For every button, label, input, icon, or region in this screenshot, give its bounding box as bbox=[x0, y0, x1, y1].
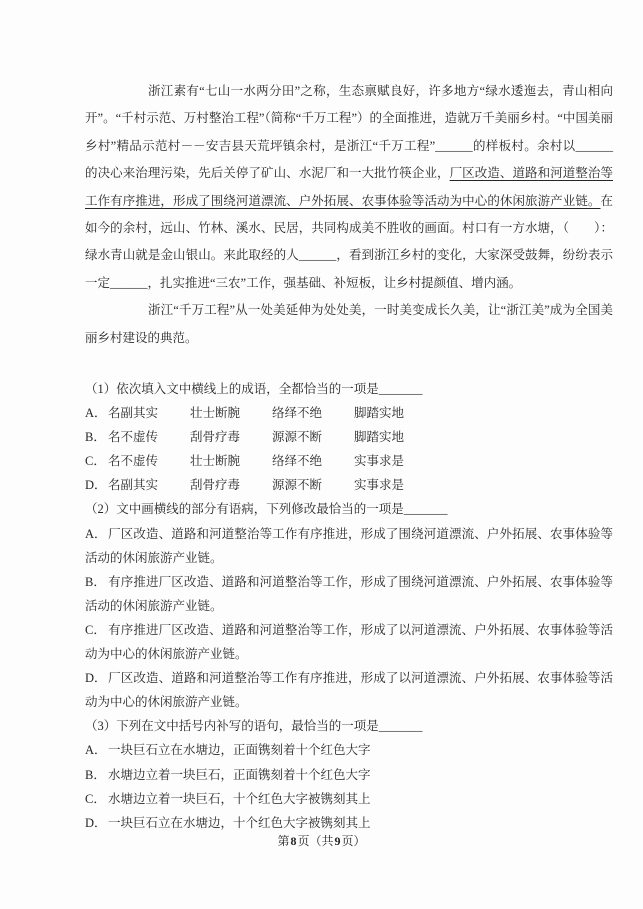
option-label: A． bbox=[85, 522, 108, 546]
footer-text: 页） bbox=[342, 834, 366, 848]
exam-page: 浙江素有“七山一水两分田”之称，生态禀赋良好，许多地方“绿水逶迤去，青山相向开”… bbox=[0, 0, 643, 909]
passage-paragraph-1: 浙江素有“七山一水两分田”之称，生态禀赋良好，许多地方“绿水逶迤去，青山相向开”… bbox=[85, 78, 613, 297]
option-text: 有序推进厂区改造、道路和河道整治等工作，形成了以河道漂流、户外拓展、农事体验等活… bbox=[85, 623, 613, 661]
idiom-item: 名不虚传 bbox=[108, 449, 190, 473]
idiom-item: 脚踏实地 bbox=[354, 425, 404, 449]
idiom-item: 脚踏实地 bbox=[354, 401, 404, 425]
option-text: 厂区改造、道路和河道整治等工作有序推进，形成了围绕河道漂流、户外拓展、农事体验等… bbox=[85, 527, 613, 565]
option-label: D． bbox=[85, 473, 108, 497]
option-text: 水塘边立着一块巨石，十个红色大字被镌刻其上 bbox=[108, 792, 371, 806]
question-1-option-c: C．名不虚传壮士断腕络绎不绝实事求是 bbox=[85, 449, 613, 473]
question-2-stem: （2）文中画横线的部分有语病，下列修改最恰当的一项是_______ bbox=[85, 497, 613, 521]
passage-paragraph-2: 浙江“千万工程”从一处美延伸为处处美，一时美变成长久美，让“浙江美”成为全国美丽… bbox=[85, 297, 613, 352]
idiom-item: 络绎不绝 bbox=[272, 401, 354, 425]
option-label: C． bbox=[85, 618, 108, 642]
option-text: 水塘边立着一块巨石，正面镌刻着十个红色大字 bbox=[108, 768, 371, 782]
option-text: 一块巨石立在水塘边，正面镌刻着十个红色大字 bbox=[108, 743, 371, 757]
question-2-option-a: A．厂区改造、道路和河道整治等工作有序推进，形成了围绕河道漂流、户外拓展、农事体… bbox=[85, 522, 613, 570]
passage-text-after-underline: 在如今的余村，远山、竹林、溪水、民居，共同构成美不胜收的画面。村口有一方水塘，（… bbox=[85, 194, 613, 290]
question-1-option-d: D．名副其实刮骨疗毒源源不断实事求是 bbox=[85, 473, 613, 497]
idiom-item: 壮士断腕 bbox=[190, 449, 272, 473]
option-label: B． bbox=[85, 763, 108, 787]
question-2-option-c: C．有序推进厂区改造、道路和河道整治等工作，形成了以河道漂流、户外拓展、农事体验… bbox=[85, 618, 613, 666]
passage-section: 浙江素有“七山一水两分田”之称，生态禀赋良好，许多地方“绿水逶迤去，青山相向开”… bbox=[85, 78, 613, 352]
idiom-item: 实事求是 bbox=[354, 449, 404, 473]
option-label: A． bbox=[85, 738, 108, 762]
idiom-item: 刮骨疗毒 bbox=[190, 425, 272, 449]
idiom-item: 源源不断 bbox=[272, 473, 354, 497]
idiom-item: 名副其实 bbox=[108, 473, 190, 497]
question-3-option-b: B．水塘边立着一块巨石，正面镌刻着十个红色大字 bbox=[85, 763, 613, 787]
question-3-stem: （3）下列在文中括号内补写的语句，最恰当的一项是_______ bbox=[85, 714, 613, 738]
question-3-option-a: A．一块巨石立在水塘边，正面镌刻着十个红色大字 bbox=[85, 738, 613, 762]
option-text: 有序推进厂区改造、道路和河道整治等工作，形成了围绕河道漂流、户外拓展、农事体验等… bbox=[85, 575, 613, 613]
question-2-option-b: B．有序推进厂区改造、道路和河道整治等工作，形成了围绕河道漂流、户外拓展、农事体… bbox=[85, 570, 613, 618]
option-text: 厂区改造、道路和河道整治等工作有序推进，形成了以河道漂流、户外拓展、农事体验等活… bbox=[85, 671, 613, 709]
option-label: C． bbox=[85, 449, 108, 473]
questions-section: （1）依次填入文中横线上的成语，全都恰当的一项是_______ A．名副其实壮士… bbox=[85, 377, 613, 835]
footer-text: 第 bbox=[277, 834, 289, 848]
option-label: D． bbox=[85, 666, 108, 690]
idiom-item: 壮士断腕 bbox=[190, 401, 272, 425]
option-label: B． bbox=[85, 425, 108, 449]
option-text: 一块巨石立在水塘边，十个红色大字被镌刻其上 bbox=[108, 816, 371, 830]
question-1-option-a: A．名副其实壮士断腕络绎不绝脚踏实地 bbox=[85, 401, 613, 425]
footer-total-pages: 9 bbox=[334, 834, 342, 848]
option-label: C． bbox=[85, 787, 108, 811]
question-1-option-b: B．名不虚传刮骨疗毒源源不断脚踏实地 bbox=[85, 425, 613, 449]
idiom-item: 名不虚传 bbox=[108, 425, 190, 449]
question-3-option-c: C．水塘边立着一块巨石，十个红色大字被镌刻其上 bbox=[85, 787, 613, 811]
question-1-stem: （1）依次填入文中横线上的成语，全都恰当的一项是_______ bbox=[85, 377, 613, 401]
idiom-item: 名副其实 bbox=[108, 401, 190, 425]
page-footer: 第8页（共9页） bbox=[0, 832, 643, 849]
option-label: B． bbox=[85, 570, 108, 594]
idiom-item: 刮骨疗毒 bbox=[190, 473, 272, 497]
idiom-item: 络绎不绝 bbox=[272, 449, 354, 473]
question-2-option-d: D．厂区改造、道路和河道整治等工作有序推进，形成了以河道漂流、户外拓展、农事体验… bbox=[85, 666, 613, 714]
footer-text: 页（共 bbox=[297, 834, 333, 848]
idiom-item: 实事求是 bbox=[354, 473, 404, 497]
option-label: A． bbox=[85, 401, 108, 425]
idiom-item: 源源不断 bbox=[272, 425, 354, 449]
